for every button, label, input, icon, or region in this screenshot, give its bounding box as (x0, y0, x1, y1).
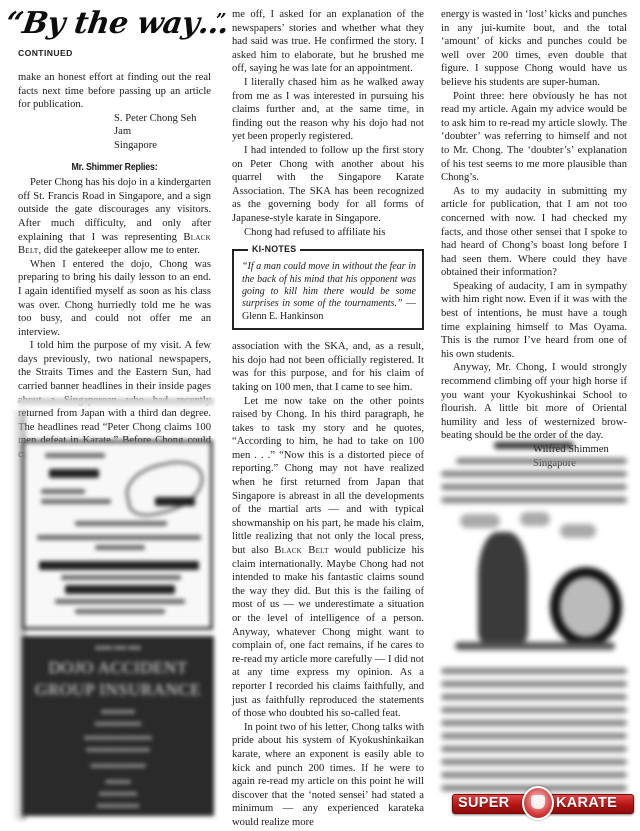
cartoon-figure (478, 532, 528, 642)
ad-text-line (49, 469, 99, 478)
cartoon-ground (455, 642, 615, 650)
ki-notes-label: KI-NOTES (248, 243, 300, 257)
blurred-text-line (441, 668, 627, 674)
blurred-text-line (441, 720, 627, 726)
ad-text-line (41, 489, 85, 494)
ad-text-line (61, 575, 181, 580)
ad-text-line: ■■■■■■ (22, 778, 214, 786)
reply-paragraph: As to my audacity in submitting my artic… (441, 185, 627, 280)
blurred-text-line (441, 471, 627, 477)
reply-paragraph: me off, I asked for an explanation of th… (232, 8, 424, 76)
supplies-advertisement (22, 440, 213, 630)
blurred-text-line (441, 497, 627, 503)
blurred-text-line (441, 681, 627, 687)
blurred-text-line (441, 759, 627, 765)
column-title: “By the way… ” (6, 6, 221, 46)
blurred-text-line (456, 458, 627, 464)
reply-paragraph: Anyway, Mr. Chong, I would strongly reco… (441, 361, 627, 443)
watermark-right-text: KARATE (556, 795, 617, 811)
quote-text: “If a man could move in without the fear… (242, 261, 416, 309)
ki-notes-quote: “If a man could move in without the fear… (242, 261, 416, 323)
reply-paragraph: I literally chased him as he walked away… (232, 76, 424, 144)
text-run: Let me now take on the other points rais… (232, 396, 424, 557)
blurred-letter-top (441, 442, 627, 510)
blurred-text-line (441, 484, 627, 490)
blurred-heading (494, 442, 574, 449)
ad-divider (18, 398, 214, 406)
blurred-text-line (441, 772, 627, 778)
fist-icon (522, 786, 554, 820)
ad-text-line: ■■■■■■■■■■■■■■■■ (22, 734, 214, 742)
super-karate-watermark: SUPER KARATE (452, 788, 634, 818)
ad-text-line (65, 585, 175, 594)
text-run: would publicize his claim internationall… (232, 545, 424, 719)
ad-text-line (55, 599, 185, 604)
ad-text-line: ■■■■■■■■■ (22, 790, 214, 798)
cartoon-head (550, 567, 622, 647)
ad-text-line: ■■■■ ■■■ ■■■ (22, 644, 214, 652)
reply-paragraph: Chong had refused to affiliate his (232, 226, 424, 240)
column-3: energy is wasted in ‘lost’ kicks and pun… (441, 8, 627, 470)
ad-illustration (121, 455, 210, 521)
ad-text-line (39, 561, 199, 570)
ad-text-line (155, 497, 195, 506)
letter-signature-name: S. Peter Chong Seh Jam (18, 112, 211, 139)
ad-text-line: ■■■■■■■■■■■ (22, 720, 214, 728)
ad-text-line (45, 453, 105, 458)
title-close-quote: ” (216, 10, 226, 31)
column-2: me off, I asked for an explanation of th… (232, 8, 424, 830)
ad-text-line (41, 499, 111, 504)
ad-text-line: ■■■■■■■■■■■■■ (22, 762, 214, 770)
blurred-text-line (441, 707, 627, 713)
ad-text-line (75, 609, 165, 614)
reply-paragraph: Peter Chong has his dojo in a kindergart… (18, 176, 211, 258)
reply-paragraph: In point two of his letter, Chong talks … (232, 721, 424, 830)
ki-notes-box: KI-NOTES “If a man could move in without… (232, 249, 424, 330)
magazine-name: Black Belt (274, 545, 328, 556)
blurred-text-line (441, 694, 627, 700)
cartoon-illustration (450, 512, 628, 662)
ad-headline: DOJO ACCIDENT (22, 658, 214, 678)
ad-text-line: ■■■■■■■■■■ (22, 802, 214, 810)
cartoon-caption (560, 524, 596, 538)
cartoon-caption (460, 514, 500, 528)
watermark-left-text: SUPER (458, 795, 509, 811)
cartoon-caption (520, 512, 550, 526)
reply-paragraph: When I entered the dojo, Chong was prepa… (18, 258, 211, 340)
ad-text-line (37, 535, 201, 540)
ad-headline: GROUP INSURANCE (22, 680, 214, 700)
fist-glyph (531, 795, 545, 809)
ad-text-line (75, 521, 167, 526)
blurred-text-line (441, 746, 627, 752)
ad-text-line (95, 545, 145, 550)
insurance-advertisement: ■■■■ ■■■ ■■■ DOJO ACCIDENT GROUP INSURAN… (22, 636, 214, 816)
blurred-text-line (441, 733, 627, 739)
reply-paragraph: Speaking of audacity, I am in sympathy w… (441, 280, 627, 362)
letter-signature-place: Singapore (18, 139, 211, 153)
ad-text-line: ■■■■■■■■■■■■■■■ (22, 746, 214, 754)
reply-paragraph: Point three: here obviously he has not r… (441, 90, 627, 185)
reply-heading: Mr. Shimmer Replies: (30, 161, 200, 175)
continued-label: CONTINUED (18, 48, 73, 58)
letter-closing-paragraph: make an honest effort at finding out the… (18, 71, 211, 112)
text-run: , did the gatekeeper allow me to enter. (38, 245, 200, 256)
reply-paragraph: energy is wasted in ‘lost’ kicks and pun… (441, 8, 627, 90)
reply-paragraph: Let me now take on the other points rais… (232, 395, 424, 721)
reply-paragraph: I had intended to follow up the first st… (232, 144, 424, 226)
reply-paragraph: association with the SKA, and, as a resu… (232, 340, 424, 394)
title-text: “By the way… (4, 6, 224, 41)
ad-text-line: ■■■■■■■■ (22, 708, 214, 716)
